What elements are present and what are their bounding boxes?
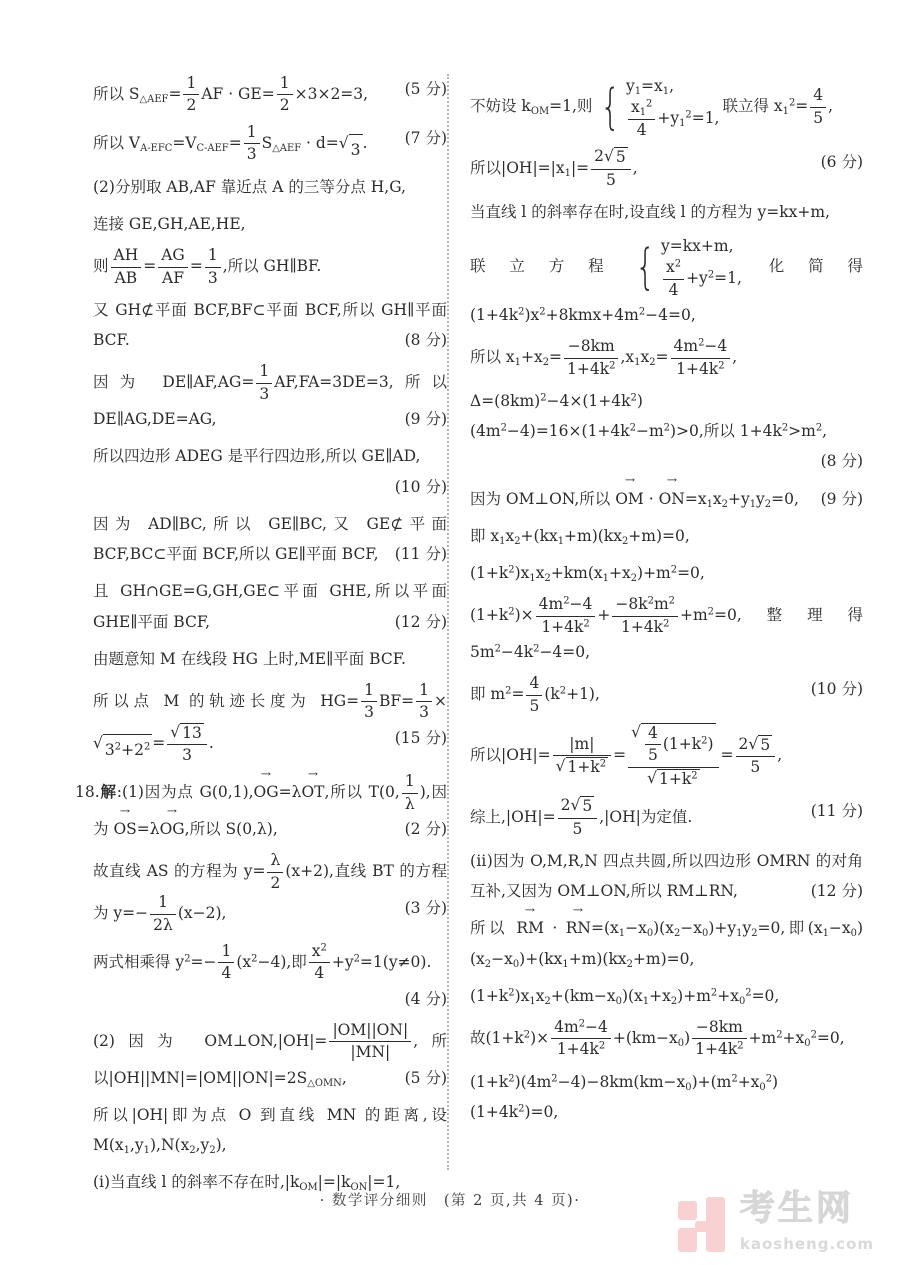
vector-arrow: → bbox=[525, 906, 535, 916]
subscript: 1 bbox=[634, 357, 640, 368]
superscript: 2 bbox=[184, 953, 190, 964]
fraction: x124 bbox=[628, 98, 655, 140]
solution-line: 18.解:(1)因为点 G(0,1),→OG=λ→OT,所以 T(0,1λ),因… bbox=[93, 772, 447, 844]
math-text: (1+k2)×4m2−41+4k2+−8k2m21+4k2+m2=0,整理得 5… bbox=[470, 606, 863, 661]
score-mark: (12 分) bbox=[395, 607, 447, 637]
solution-line: 所以 →RM · →RN=(x1−x0)(x2−x0)+y1y2=0,即(x1−… bbox=[470, 913, 863, 973]
score-mark: (10 分) bbox=[811, 674, 863, 704]
score-mark: (7 分) bbox=[405, 123, 447, 153]
subscript: 1 bbox=[499, 536, 505, 547]
vector-arrow: → bbox=[624, 476, 634, 486]
superscript: 2 bbox=[766, 1073, 772, 1084]
superscript: 2 bbox=[251, 953, 257, 964]
fraction: AHAB bbox=[111, 246, 142, 288]
fraction: |OM||ON||MN| bbox=[329, 1021, 411, 1063]
subscript: △AEF bbox=[272, 143, 301, 154]
fraction: −8km1+4k2 bbox=[692, 1018, 746, 1060]
logo-block bbox=[706, 1197, 725, 1252]
equation-system: {y1=x1,x124+y12=1, bbox=[595, 74, 719, 140]
score-mark: (10 分) bbox=[395, 472, 447, 502]
superscript: 2 bbox=[539, 307, 545, 318]
solution-line: 由题意知 M 在线段 HG 上时,ME∥平面 BCF. bbox=[93, 644, 447, 674]
radical: √32+22 bbox=[93, 734, 152, 765]
score-mark: (6 分) bbox=[821, 147, 863, 177]
solution-line: 联立方程{y=kx+m,x24+y2=1,化简得(1+4k2)x2+8kmx+4… bbox=[470, 234, 863, 330]
fraction: 13 bbox=[205, 246, 221, 288]
subscript: 0 bbox=[616, 996, 622, 1007]
math-text: (2)分别取 AB,AF 靠近点 A 的三等分点 H,G, bbox=[93, 178, 406, 196]
subscript: 0 bbox=[851, 928, 857, 939]
subscript: 2 bbox=[631, 573, 637, 584]
superscript: 2 bbox=[630, 423, 636, 434]
fraction: 45 bbox=[810, 86, 826, 128]
math-text: 当直线 l 的斜率存在时,设直线 l 的方程为 y=kx+m, bbox=[470, 203, 830, 221]
subscript: 2 bbox=[189, 1145, 195, 1156]
superscript: 2 bbox=[508, 1073, 514, 1084]
math-text: (1+k2)x1x2+km(x1+x2)+m2=0, bbox=[470, 564, 705, 582]
superscript: 2 bbox=[579, 1019, 585, 1030]
vector-arrow: → bbox=[261, 770, 271, 780]
logo-domain: kaosheng.com bbox=[740, 1230, 874, 1259]
subscript: 1 bbox=[565, 168, 571, 179]
superscript: 2 bbox=[731, 1073, 737, 1084]
column-divider bbox=[447, 74, 449, 1170]
solution-line: 不妨设 kOM=1,则{y1=x1,x124+y12=1,联立得 x12=45, bbox=[470, 74, 863, 140]
logo-text: 考生网 kaosheng.com bbox=[740, 1192, 874, 1259]
brace: { bbox=[636, 248, 656, 286]
fraction: 2√55 bbox=[591, 147, 631, 190]
fraction: 1λ bbox=[402, 772, 418, 814]
score-mark: (5 分) bbox=[405, 1063, 447, 1093]
solution-line: (1+k2)×4m2−41+4k2+−8k2m21+4k2+m2=0,整理得 5… bbox=[470, 595, 863, 667]
fraction: 13 bbox=[256, 362, 272, 404]
radical: √5 bbox=[570, 796, 594, 816]
math-text: 故(1+k2)×4m2−41+4k2+(km−x0)−8km1+4k2+m2+x… bbox=[470, 1029, 845, 1047]
fraction: 13 bbox=[416, 681, 432, 723]
solution-line: 故(1+k2)×4m2−41+4k2+(km−x0)−8km1+4k2+m2+x… bbox=[470, 1018, 863, 1060]
radical: √5 bbox=[604, 147, 628, 167]
fraction: 12λ bbox=[150, 893, 176, 935]
superscript: 2 bbox=[501, 423, 507, 434]
solution-line: 所以 VA-EFC=VC-AEF=13S△AEF · d=√3.(7 分) bbox=[93, 123, 447, 165]
solution-line: 所以四边形 ADEG 是平行四边形,所以 GE∥AD,(10 分) bbox=[93, 441, 447, 501]
math-text: 所以|OH|即为点 O 到直线 MN 的距离,设 M(x1,y1),N(x2,y… bbox=[93, 1106, 447, 1154]
fraction: 14 bbox=[218, 942, 234, 984]
subscript: △AEF bbox=[140, 94, 169, 105]
fraction: x24 bbox=[663, 258, 684, 300]
solution-line: Δ=(8km)2−4×(1+4k2)(4m2−4)=16×(1+4k2−m2)>… bbox=[470, 386, 863, 477]
math-text: 又 GH⊄平面 BCF,BF⊂平面 BCF,所以 GH∥平面 BCF. bbox=[93, 301, 447, 349]
solution-line: (1+k2)(4m2−4)−8km(km−x0)+(m2+x02)(1+4k2)… bbox=[470, 1067, 863, 1127]
solution-line: 因为 OM⊥ON,所以 →OM · →ON=x1x2+y1y2=0,(9 分) bbox=[470, 484, 863, 514]
kaosheng-watermark: 考生网 kaosheng.com bbox=[676, 1192, 874, 1259]
subscript: 1 bbox=[562, 959, 568, 970]
fraction: √133 bbox=[167, 723, 207, 766]
superscript: 2 bbox=[663, 618, 669, 629]
superscript: 2 bbox=[321, 942, 327, 953]
subscript: 2 bbox=[514, 536, 520, 547]
vector: →OT bbox=[301, 777, 324, 807]
fraction: AGAF bbox=[158, 246, 188, 288]
fraction: 4m2−41+4k2 bbox=[671, 337, 731, 379]
solution-line: 且 GH∩GE=G,GH,GE⊂平面 GHE,所以平面 GHE∥平面 BCF,(… bbox=[93, 576, 447, 636]
superscript: 2 bbox=[776, 1029, 782, 1040]
score-mark: (3 分) bbox=[405, 893, 447, 923]
subscript: 2 bbox=[751, 928, 757, 939]
vector-arrow: → bbox=[120, 807, 130, 817]
logo-block bbox=[695, 1221, 708, 1232]
math-text: Δ=(8km)2−4×(1+4k2)(4m2−4)=16×(1+4k2−m2)>… bbox=[470, 392, 827, 440]
fraction: x24 bbox=[309, 942, 330, 984]
math-text: 故直线 AS 的方程为 y=λ2(x+2),直线 BT 的方程为 y=−12λ(… bbox=[93, 862, 447, 922]
fraction: 4m2−41+4k2 bbox=[551, 1018, 611, 1060]
subscript: 0 bbox=[702, 928, 708, 939]
superscript: 2 bbox=[737, 1041, 743, 1052]
superscript: 2 bbox=[518, 1104, 524, 1115]
superscript: 2 bbox=[811, 1029, 817, 1040]
math-text: 综上,|OH|=2√55,|OH|为定值. bbox=[470, 808, 692, 826]
score-mark: (2 分) bbox=[423, 814, 447, 844]
subscript: 1 bbox=[823, 928, 829, 939]
subscript: 0 bbox=[647, 928, 653, 939]
subscript: 2 bbox=[627, 959, 633, 970]
subscript: 2 bbox=[485, 959, 491, 970]
math-text: (1+k2)(4m2−4)−8km(km−x0)+(m2+x02)(1+4k2)… bbox=[470, 1073, 778, 1121]
math-text: 所以 S△AEF=12AF · GE=12×3×2=3, bbox=[93, 85, 368, 103]
subscript: 1 bbox=[529, 996, 535, 1007]
superscript: 2 bbox=[144, 742, 150, 753]
solution-line: 当直线 l 的斜率存在时,设直线 l 的方程为 y=kx+m, bbox=[470, 197, 863, 227]
subscript: 1 bbox=[750, 499, 756, 510]
fraction: 13 bbox=[361, 681, 377, 723]
fraction: √45(1+k2)√1+k2 bbox=[628, 723, 718, 789]
math-text: 所以四边形 ADEG 是平行四边形,所以 GE∥AD, bbox=[93, 447, 420, 465]
superscript: 2 bbox=[646, 99, 652, 110]
superscript: 2 bbox=[671, 565, 677, 576]
superscript: 2 bbox=[599, 1041, 605, 1052]
superscript: 2 bbox=[711, 987, 717, 998]
subscript: 1 bbox=[124, 1145, 130, 1156]
left-column: 所以 S△AEF=12AF · GE=12×3×2=3,(5 分)所以 VA-E… bbox=[75, 74, 447, 1205]
score-mark: (5 分) bbox=[405, 74, 447, 104]
math-text: 即 x1x2+(kx1+m)(kx2+m)=0, bbox=[470, 527, 690, 545]
score-mark: (11 分) bbox=[811, 796, 863, 826]
superscript: 2 bbox=[669, 596, 675, 607]
score-mark: (9 分) bbox=[821, 484, 863, 514]
solution-line: (ⅱ)因为 O,M,R,N 四点共圆,所以四边形 OMRN 的对角互补,又因为 … bbox=[470, 846, 863, 906]
superscript: 2 bbox=[540, 393, 546, 404]
solution-line: 又 GH⊄平面 BCF,BF⊂平面 BCF,所以 GH∥平面 BCF.(8 分) bbox=[93, 295, 447, 355]
kaosheng-logo-icon bbox=[676, 1194, 730, 1256]
logo-block bbox=[678, 1201, 697, 1220]
vector: →OS bbox=[113, 814, 136, 844]
fraction: 12 bbox=[277, 74, 293, 116]
subscript: 2 bbox=[622, 536, 628, 547]
fraction: −8km1+4k2 bbox=[564, 337, 618, 379]
radical: √45(1+k2) bbox=[631, 723, 715, 766]
score-mark: (4 分) bbox=[405, 984, 447, 1014]
math-text: 即 m2=45(k2+1), bbox=[470, 685, 600, 703]
radical: √3 bbox=[339, 134, 363, 165]
math-text: 两式相乘得 y2=−14(x2−4),即x24+y2=1(y≠0). bbox=[93, 953, 431, 971]
superscript: 2 bbox=[563, 596, 569, 607]
subscript: 1 bbox=[529, 573, 535, 584]
vector-arrow: → bbox=[308, 770, 318, 780]
math-text: 所以|OH|=|x1|=2√55, bbox=[470, 159, 638, 177]
subscript: 2 bbox=[649, 357, 655, 368]
superscript: 2 bbox=[648, 596, 654, 607]
math-text: (2)因为 OM⊥ON,|OH|=|OM||ON||MN|,所以|OH||MN|… bbox=[93, 1032, 447, 1087]
subscript: △OMN bbox=[307, 1078, 342, 1089]
math-text: 由题意知 M 在线段 HG 上时,ME∥平面 BCF. bbox=[93, 650, 406, 668]
solution-line: 因为 DE∥AF,AG=13AF,FA=3DE=3,所以 DE∥AG,DE=AG… bbox=[93, 362, 447, 434]
vector: →ON bbox=[659, 484, 685, 514]
score-mark: (12 分) bbox=[811, 876, 863, 906]
solution-line: 所以 x1+x2=−8km1+4k2,x1x2=4m2−41+4k2, bbox=[470, 337, 863, 379]
vector: →OG bbox=[160, 814, 185, 844]
math-text: 联立方程{y=kx+m,x24+y2=1,化简得(1+4k2)x2+8kmx+4… bbox=[470, 257, 863, 324]
math-text: 所以 x1+x2=−8km1+4k2,x1x2=4m2−41+4k2, bbox=[470, 348, 737, 366]
math-text: 所以 →RM · →RN=(x1−x0)(x2−x0)+y1y2=0,即(x1−… bbox=[470, 919, 863, 967]
subscript: 2 bbox=[544, 996, 550, 1007]
subscript: 0 bbox=[513, 959, 519, 970]
subscript: 1 bbox=[558, 536, 564, 547]
vector-arrow: → bbox=[666, 476, 676, 486]
subscript: A-EFC bbox=[140, 143, 172, 154]
superscript: 2 bbox=[664, 423, 670, 434]
vector: →RM bbox=[516, 913, 544, 943]
superscript: 2 bbox=[505, 686, 511, 697]
math-text: 所以|OH|=|m|√1+k2=√45(1+k2)√1+k2=2√55, bbox=[470, 746, 782, 764]
radical: √1+k2 bbox=[647, 769, 699, 789]
subscript: 1 bbox=[144, 1145, 150, 1156]
subscript: 2 bbox=[544, 573, 550, 584]
equation-system: {y=kx+m,x24+y2=1, bbox=[630, 234, 741, 300]
solution-line: 综上,|OH|=2√55,|OH|为定值.(11 分) bbox=[470, 796, 863, 839]
superscript: 2 bbox=[685, 110, 691, 121]
superscript: 2 bbox=[115, 742, 121, 753]
superscript: 2 bbox=[675, 259, 681, 270]
subscript: C-AEF bbox=[197, 143, 229, 154]
superscript: 2 bbox=[708, 607, 714, 618]
subscript: 2 bbox=[543, 357, 549, 368]
subscript: 1 bbox=[635, 86, 641, 97]
solution-line: (2)因为 OM⊥ON,|OH|=|OM||ON||MN|,所以|OH||MN|… bbox=[93, 1021, 447, 1093]
solution-line: 所以|OH|即为点 O 到直线 MN 的距离,设 M(x1,y1),N(x2,y… bbox=[93, 1100, 447, 1160]
fraction: −8k2m21+4k2 bbox=[612, 595, 678, 637]
fraction: λ2 bbox=[267, 851, 283, 893]
subscript: 1 bbox=[515, 357, 521, 368]
page-body: 所以 S△AEF=12AF · GE=12×3×2=3,(5 分)所以 VA-E… bbox=[75, 74, 863, 1205]
superscript: 2 bbox=[816, 423, 822, 434]
superscript: 2 bbox=[691, 770, 697, 781]
superscript: 2 bbox=[708, 270, 714, 281]
solution-line: (2)分别取 AB,AF 靠近点 A 的三等分点 H,G, bbox=[93, 172, 447, 202]
superscript: 2 bbox=[609, 360, 615, 371]
solution-line: 连接 GE,GH,AE,HE, bbox=[93, 209, 447, 239]
vector-arrow: → bbox=[167, 807, 177, 817]
solution-line: 故直线 AS 的方程为 y=λ2(x+2),直线 BT 的方程为 y=−12λ(… bbox=[93, 851, 447, 935]
math-text: (1+k2)x1x2+(km−x0)(x1+x2)+m2+x02=0, bbox=[470, 987, 779, 1005]
subscript: 1 bbox=[619, 928, 625, 939]
solution-line: 所以|OH|=|m|√1+k2=√45(1+k2)√1+k2=2√55, bbox=[470, 723, 863, 789]
radical: √1+k2 bbox=[556, 757, 608, 777]
math-text: 不妨设 kOM=1,则{y1=x1,x124+y12=1,联立得 x12=45, bbox=[470, 97, 833, 115]
math-text: 18.解:(1)因为点 G(0,1),→OG=λ→OT,所以 T(0,1λ),因… bbox=[75, 783, 447, 838]
radical: √5 bbox=[748, 735, 772, 755]
superscript: 2 bbox=[518, 307, 524, 318]
solution-line: 则AHAB=AGAF=13,所以 GH∥BF. bbox=[93, 246, 447, 288]
solution-line: (1+k2)x1x2+km(x1+x2)+m2=0, bbox=[470, 558, 863, 588]
superscript: 2 bbox=[583, 618, 589, 629]
superscript: 2 bbox=[701, 735, 707, 746]
subscript: 1 bbox=[603, 573, 609, 584]
superscript: 2 bbox=[789, 98, 795, 109]
superscript: 2 bbox=[508, 987, 514, 998]
fraction: 2√55 bbox=[558, 796, 598, 839]
superscript: 2 bbox=[508, 607, 514, 618]
solution-line: 即 x1x2+(kx1+m)(kx2+m)=0, bbox=[470, 521, 863, 551]
score-mark: (15 分) bbox=[395, 723, 447, 753]
subscript: 2 bbox=[671, 996, 677, 1007]
solution-line: 即 m2=45(k2+1),(10 分) bbox=[470, 674, 863, 716]
score-mark: (11 分) bbox=[395, 539, 447, 569]
superscript: 2 bbox=[639, 307, 645, 318]
math-text: (ⅱ)因为 O,M,R,N 四点共圆,所以四边形 OMRN 的对角互补,又因为 … bbox=[470, 852, 863, 900]
math-text: 所以 VA-EFC=VC-AEF=13S△AEF · d=√3. bbox=[93, 134, 367, 152]
solution-line: 所以点 M 的轨迹长度为 HG=13BF=13×√32+22=√133.(15 … bbox=[93, 681, 447, 766]
superscript: 2 bbox=[600, 759, 606, 770]
radical: √13 bbox=[170, 723, 204, 743]
vector: →OM bbox=[615, 484, 644, 514]
logo-block bbox=[678, 1228, 697, 1252]
brace: { bbox=[601, 88, 621, 126]
subscript: 1 bbox=[643, 996, 649, 1007]
fraction: 12 bbox=[183, 74, 199, 116]
fraction: 4m2−41+4k2 bbox=[536, 595, 596, 637]
math-text: 因为 DE∥AF,AG=13AF,FA=3DE=3,所以 DE∥AG,DE=AG… bbox=[93, 373, 447, 428]
right-column: 不妨设 kOM=1,则{y1=x1,x124+y12=1,联立得 x12=45,… bbox=[470, 74, 863, 1134]
superscript: 2 bbox=[495, 644, 501, 655]
subscript: 0 bbox=[678, 1038, 684, 1049]
fraction: 45 bbox=[526, 674, 542, 716]
solution-line: 所以 S△AEF=12AF · GE=12×3×2=3,(5 分) bbox=[93, 74, 447, 116]
score-mark: (8 分) bbox=[821, 446, 863, 476]
superscript: 2 bbox=[551, 1073, 557, 1084]
fraction: 13 bbox=[244, 123, 260, 165]
superscript: 2 bbox=[698, 338, 704, 349]
vector-arrow: → bbox=[573, 906, 583, 916]
math-text: 则AHAB=AGAF=13,所以 GH∥BF. bbox=[93, 257, 321, 275]
solution-line: (1+k2)x1x2+(km−x0)(x1+x2)+m2+x02=0, bbox=[470, 981, 863, 1011]
subscript: 1 bbox=[663, 86, 669, 97]
superscript: 2 bbox=[782, 423, 788, 434]
solution-line: 因为 AD∥BC,所以 GE∥BC,又 GE⊄平面 BCF,BC⊂平面 BCF,… bbox=[93, 509, 447, 569]
superscript: 2 bbox=[631, 393, 637, 404]
superscript: 2 bbox=[560, 686, 566, 697]
subscript: 2 bbox=[674, 928, 680, 939]
superscript: 2 bbox=[718, 360, 724, 371]
solution-line: 两式相乘得 y2=−14(x2−4),即x24+y2=1(y≠0).(4 分) bbox=[93, 942, 447, 1014]
fraction: 45 bbox=[645, 724, 661, 766]
superscript: 2 bbox=[354, 953, 360, 964]
subscript: 2 bbox=[209, 1145, 215, 1156]
vector: →OG bbox=[254, 777, 279, 807]
subscript: OM bbox=[531, 106, 549, 117]
score-mark: (9 分) bbox=[405, 404, 447, 434]
subscript: 0 bbox=[685, 1082, 691, 1093]
superscript: 2 bbox=[508, 565, 514, 576]
superscript: 2 bbox=[524, 1029, 530, 1040]
logo-title: 考生网 bbox=[740, 1192, 874, 1227]
superscript: 2 bbox=[533, 644, 539, 655]
subscript: 1 bbox=[736, 928, 742, 939]
solution-line: 所以|OH|=|x1|=2√55,(6 分) bbox=[470, 147, 863, 190]
math-text: 因为 OM⊥ON,所以 →OM · →ON=x1x2+y1y2=0, bbox=[470, 490, 799, 508]
math-text: 连接 GE,GH,AE,HE, bbox=[93, 215, 246, 233]
subscript: 2 bbox=[722, 499, 728, 510]
superscript: 2 bbox=[745, 987, 751, 998]
fraction: |m|√1+k2 bbox=[553, 735, 611, 778]
subscript: 1 bbox=[707, 499, 713, 510]
fraction: 2√55 bbox=[736, 735, 776, 778]
vector: →RN bbox=[566, 913, 591, 943]
score-mark: (8 分) bbox=[405, 325, 447, 355]
subscript: 2 bbox=[765, 499, 771, 510]
